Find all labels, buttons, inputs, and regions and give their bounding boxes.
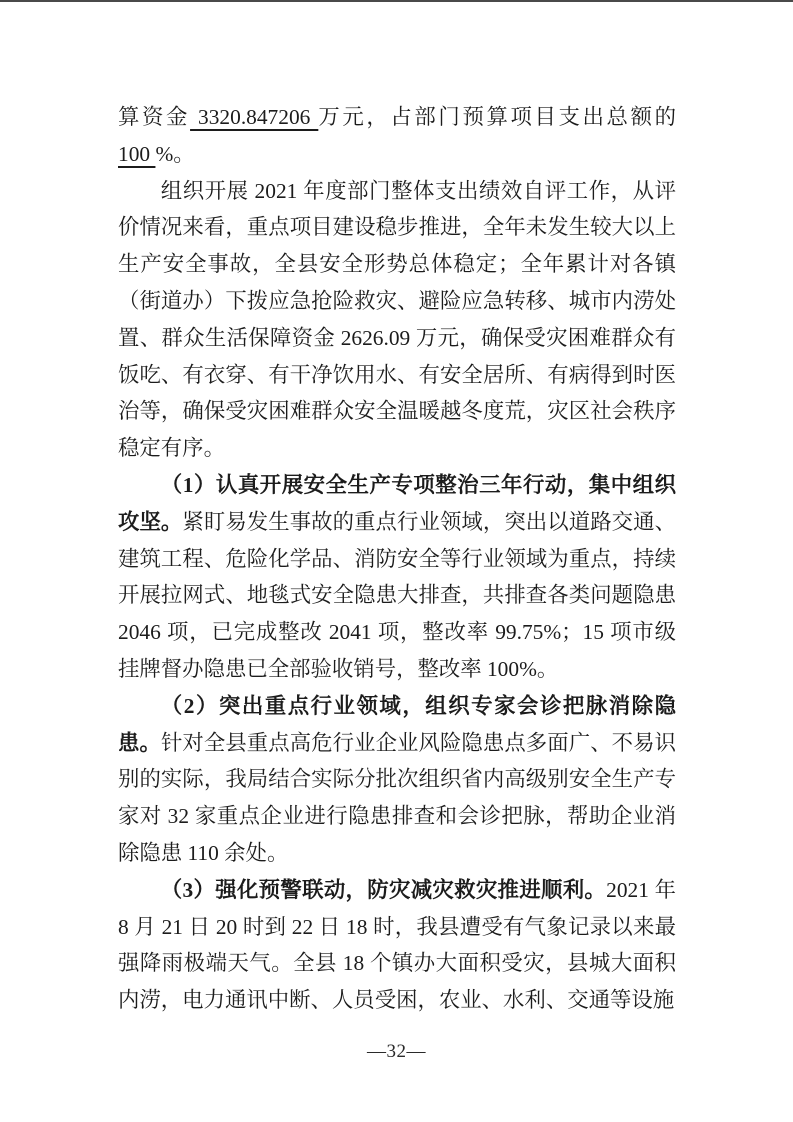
page-top-edge-line bbox=[0, 0, 793, 2]
text-segment: （3）强化预警联动，防灾减灾救灾推进顺利。 bbox=[161, 878, 606, 902]
text-segment: %。 bbox=[155, 142, 194, 166]
text-segment: 组织开展 2021 年度部门整体支出绩效自评工作，从评价情况来看，重点项目建设稳… bbox=[118, 179, 676, 461]
document-page: 算资金 3320.847206 万元，占部门预算项目支出总额的100 %。组织开… bbox=[0, 0, 793, 1122]
para-item-3: （3）强化预警联动，防灾减灾救灾推进顺利。2021 年 8 月 21 日 20 … bbox=[118, 872, 676, 1019]
text-segment: 紧盯易发生事故的重点行业领域，突出以道路交通、建筑工程、危险化学品、消防安全等行… bbox=[118, 510, 676, 681]
para-budget-funds: 算资金 3320.847206 万元，占部门预算项目支出总额的100 %。 bbox=[118, 99, 676, 173]
para-self-evaluation: 组织开展 2021 年度部门整体支出绩效自评工作，从评价情况来看，重点项目建设稳… bbox=[118, 173, 676, 467]
page-number: —32— bbox=[0, 1040, 793, 1064]
document-body: 算资金 3320.847206 万元，占部门预算项目支出总额的100 %。组织开… bbox=[118, 99, 676, 1019]
text-segment: 万元，占部门预算项目支出总额的 bbox=[318, 105, 676, 129]
text-segment: 算资金 bbox=[118, 105, 190, 129]
para-item-1: （1）认真开展安全生产专项整治三年行动，集中组织攻坚。紧盯易发生事故的重点行业领… bbox=[118, 467, 676, 688]
text-segment: 3320.847206 bbox=[190, 105, 318, 129]
para-item-2: （2）突出重点行业领域，组织专家会诊把脉消除隐患。针对全县重点高危行业企业风险隐… bbox=[118, 688, 676, 872]
text-segment: 100 bbox=[118, 142, 155, 166]
text-segment: 针对全县重点高危行业企业风险隐患点多面广、不易识别的实际，我局结合实际分批次组织… bbox=[118, 731, 676, 865]
